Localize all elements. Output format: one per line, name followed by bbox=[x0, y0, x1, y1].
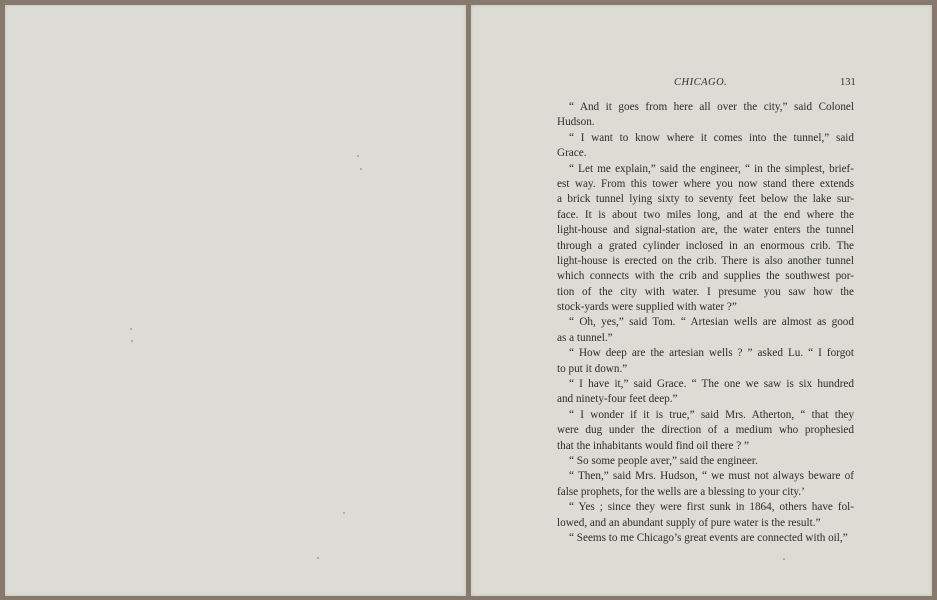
paper-speck bbox=[343, 512, 345, 514]
paper-speck bbox=[357, 155, 359, 157]
paper-speck bbox=[360, 168, 362, 170]
paper-speck bbox=[317, 557, 319, 559]
left-page-blank bbox=[5, 5, 466, 596]
text-line: were dug under the direction of a medium… bbox=[557, 423, 854, 438]
text-line: “ Yes ; since they were first sunk in 18… bbox=[557, 500, 854, 515]
right-page: CHICAGO. 131 “ And it goes from here all… bbox=[471, 5, 932, 596]
text-line: face. It is about two miles long, and at… bbox=[557, 208, 854, 223]
text-line: to put it down.” bbox=[557, 362, 854, 377]
text-line: stock-yards were supplied with water ?” bbox=[557, 300, 854, 315]
text-line: “ Then,” said Mrs. Hudson, “ we must not… bbox=[557, 469, 854, 484]
text-line: that the inhabitants would find oil ther… bbox=[557, 439, 854, 454]
text-line: and ninety-four feet deep.” bbox=[557, 392, 854, 407]
paper-speck bbox=[131, 340, 133, 342]
text-line: Grace. bbox=[557, 146, 854, 161]
text-line: “ And it goes from here all over the cit… bbox=[557, 100, 854, 115]
paper-speck bbox=[783, 558, 785, 560]
text-line: which connects with the crib and supplie… bbox=[557, 269, 854, 284]
text-line: “ Seems to me Chicago’s great events are… bbox=[557, 531, 854, 546]
page-header: CHICAGO. 131 bbox=[471, 77, 932, 91]
text-line: “ I have it,” said Grace. “ The one we s… bbox=[557, 377, 854, 392]
text-line: “ I want to know where it comes into the… bbox=[557, 131, 854, 146]
running-head: CHICAGO. bbox=[674, 77, 727, 88]
text-line: “ So some people aver,” said the enginee… bbox=[557, 454, 854, 469]
text-line: light-house and signal-station are, the … bbox=[557, 223, 854, 238]
text-line: est way. From this tower where you now s… bbox=[557, 177, 854, 192]
paper-speck bbox=[130, 328, 132, 330]
text-line: tion of the city with water. I presume y… bbox=[557, 285, 854, 300]
text-line: Hudson. bbox=[557, 115, 854, 130]
text-line: lowed, and an abundant supply of pure wa… bbox=[557, 516, 854, 531]
text-line: “ Oh, yes,” said Tom. “ Artesian wells a… bbox=[557, 315, 854, 330]
text-line: a brick tunnel lying sixty to seventy fe… bbox=[557, 192, 854, 207]
text-line: light-house is erected on the crib. Ther… bbox=[557, 254, 854, 269]
page-body-text: “ And it goes from here all over the cit… bbox=[557, 100, 854, 546]
paper-speck bbox=[734, 275, 736, 277]
text-line: false prophets, for the wells are a bles… bbox=[557, 485, 854, 500]
text-line: as a tunnel.” bbox=[557, 331, 854, 346]
text-line: “ Let me explain,” said the engineer, “ … bbox=[557, 162, 854, 177]
page-number: 131 bbox=[840, 77, 856, 88]
text-line: “ How deep are the artesian wells ? ” as… bbox=[557, 346, 854, 361]
text-line: through a grated cylinder inclosed in an… bbox=[557, 239, 854, 254]
text-line: “ I wonder if it is true,” said Mrs. Ath… bbox=[557, 408, 854, 423]
